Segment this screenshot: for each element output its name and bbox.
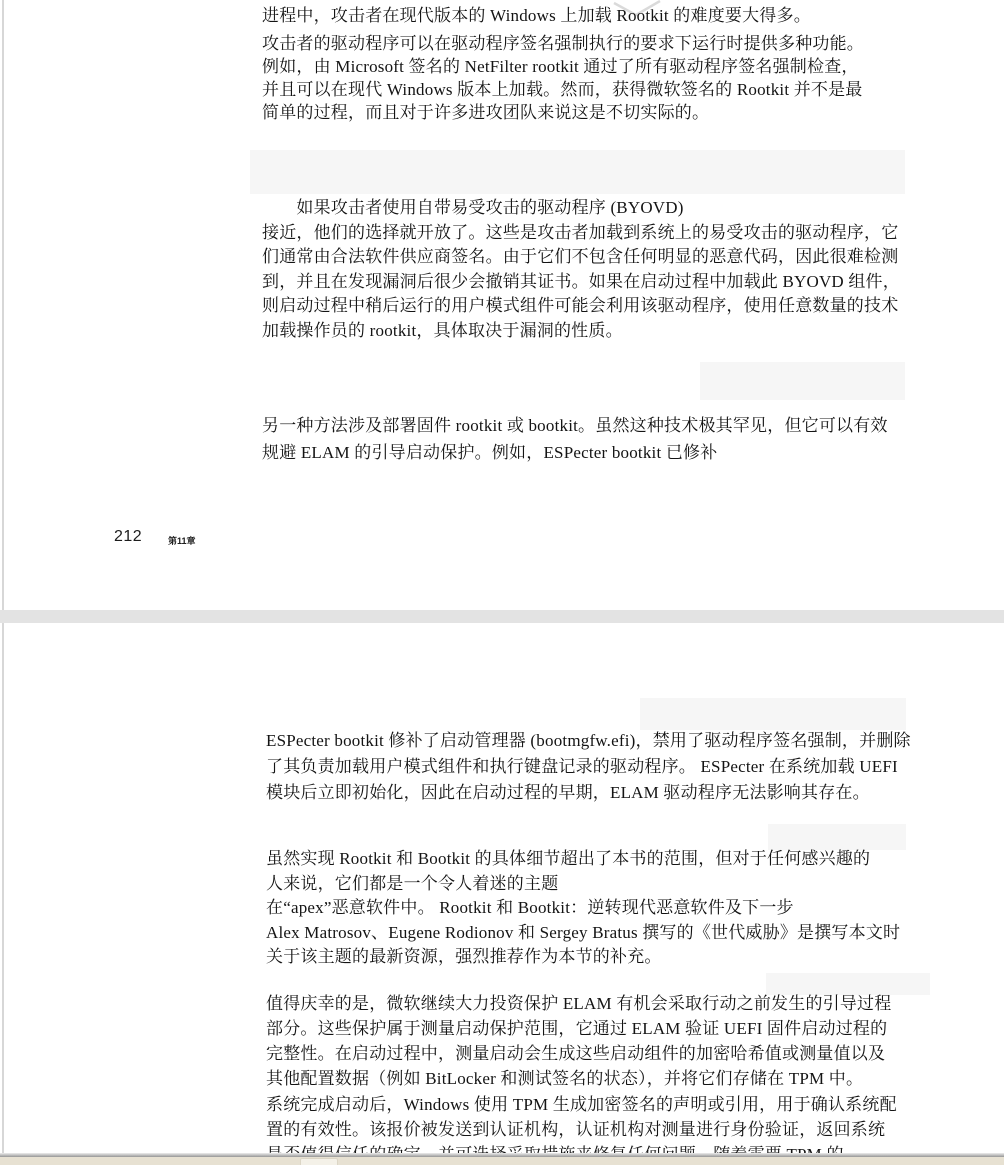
overlay-artifact bbox=[640, 698, 906, 730]
overlay-artifact bbox=[700, 362, 905, 400]
paragraph: 虽然实现 Rootkit 和 Bootkit 的具体细节超出了本书的范围，但对于… bbox=[266, 847, 1004, 970]
page-number: 212 bbox=[114, 528, 142, 546]
page-footer: 212 第11章 bbox=[0, 525, 400, 555]
page-2: ESPecter bootkit 修补了启动管理器 (bootmgfw.efi)… bbox=[0, 623, 1004, 1153]
screenshot-root: { "theme": { "page_bg": "#ffffff", "oute… bbox=[0, 0, 1004, 1165]
chapter-label: 第11章 bbox=[168, 534, 196, 547]
overlay-artifact bbox=[250, 150, 905, 194]
paragraph: 攻击者的驱动程序可以在驱动程序签名强制执行的要求下运行时提供多种功能。 例如，由… bbox=[262, 32, 962, 124]
taskbar-button[interactable] bbox=[300, 1158, 338, 1165]
paragraph: ESPecter bootkit 修补了启动管理器 (bootmgfw.efi)… bbox=[266, 728, 1004, 806]
page-left-border bbox=[2, 623, 4, 1153]
paragraph: 如果攻击者使用自带易受攻击的驱动程序 (BYOVD) 接近，他们的选择就开放了。… bbox=[262, 196, 962, 343]
page-left-border bbox=[2, 0, 4, 610]
paragraph: 另一种方法涉及部署固件 rootkit 或 bootkit。虽然这种技术极其罕见… bbox=[262, 412, 962, 466]
paragraph: 值得庆幸的是，微软继续大力投资保护 ELAM 有机会采取行动之前发生的引导过程 … bbox=[266, 991, 1004, 1091]
paragraph: 系统完成启动后，Windows 使用 TPM 生成加密签名的声明或引用，用于确认… bbox=[266, 1092, 1004, 1153]
page-1: 进程中，攻击者在现代版本的 Windows 上加载 Rootkit 的难度要大得… bbox=[0, 0, 1004, 610]
paragraph: 进程中，攻击者在现代版本的 Windows 上加载 Rootkit 的难度要大得… bbox=[262, 4, 962, 27]
page-gap bbox=[0, 610, 1004, 623]
taskbar[interactable] bbox=[0, 1157, 1004, 1165]
